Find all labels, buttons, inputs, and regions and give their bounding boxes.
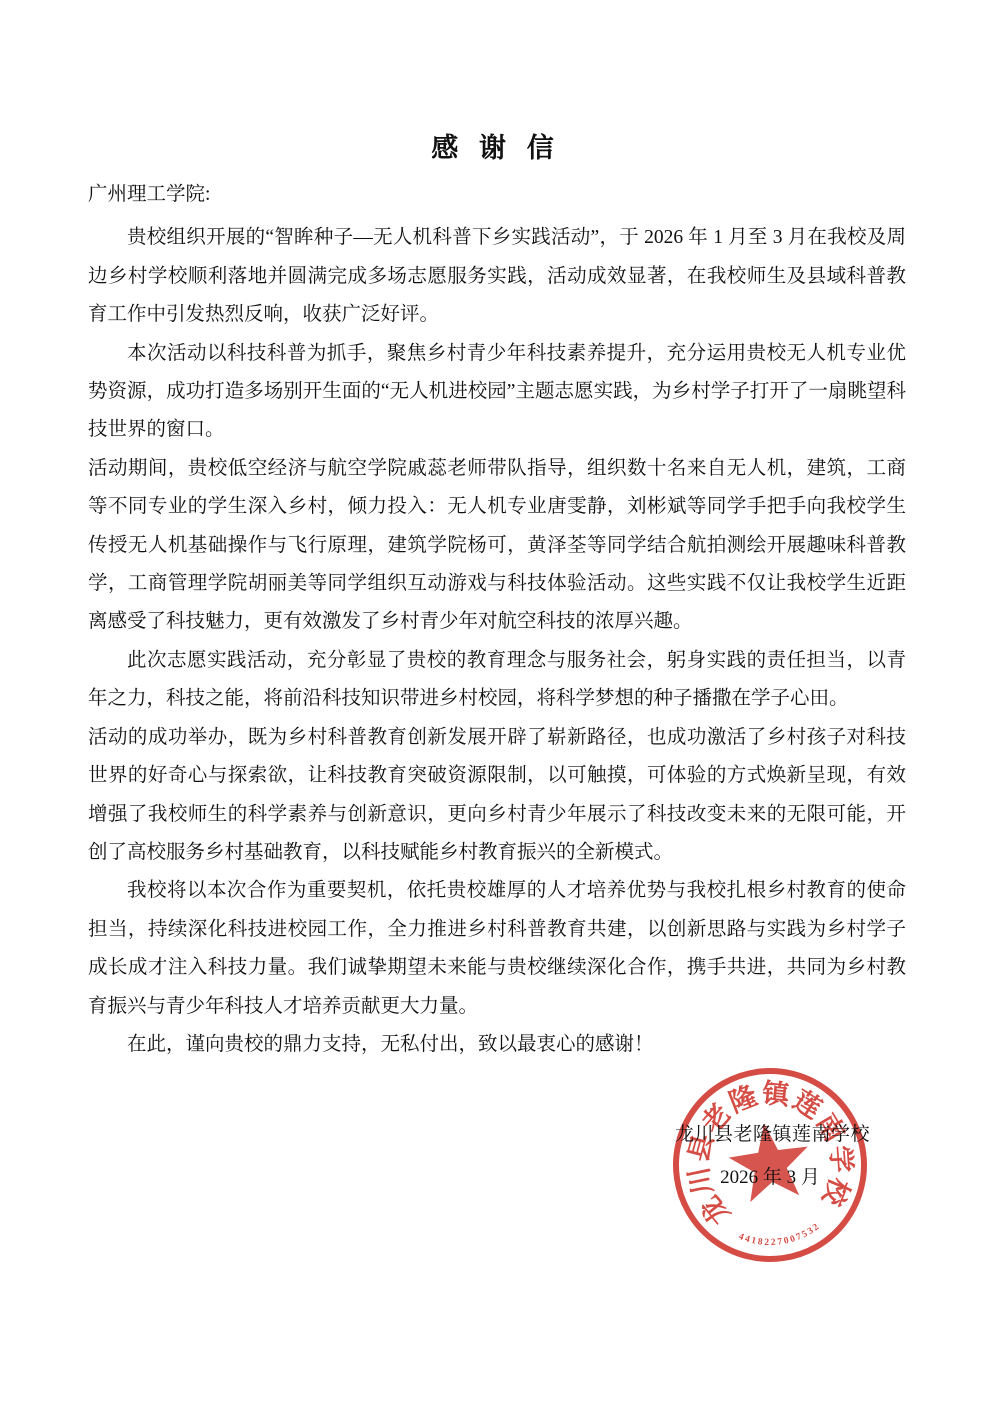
paragraph-3: 活动期间，贵校低空经济与航空学院戚蕊老师带队指导，组织数十名来自无人机，建筑，工… — [88, 450, 906, 642]
paragraph-4: 此次志愿实践活动，充分彰显了贵校的教育理念与服务社会，躬身实践的责任担当，以青年… — [88, 642, 906, 719]
paragraph-5: 活动的成功举办，既为乡村科普教育创新发展开辟了崭新路径，也成功激活了乡村孩子对科… — [88, 719, 906, 873]
signature-date: 2026 年 3 月 — [675, 1162, 865, 1189]
paragraph-1: 贵校组织开展的“智眸种子—无人机科普下乡实践活动”，于 2026 年 1 月至 … — [88, 219, 906, 334]
paragraph-7: 在此，谨向贵校的鼎力支持，无私付出，致以最衷心的感谢！ — [88, 1026, 906, 1064]
salutation: 广州理工学院: — [88, 176, 906, 214]
letter-content: 广州理工学院: 贵校组织开展的“智眸种子—无人机科普下乡实践活动”，于 2026… — [88, 176, 906, 1064]
document-title: 感 谢 信 — [0, 126, 992, 165]
seal-serial-number: 4418227007532 — [736, 1221, 825, 1254]
letter-body: 贵校组织开展的“智眸种子—无人机科普下乡实践活动”，于 2026 年 1 月至 … — [88, 219, 906, 1064]
paragraph-2: 本次活动以科技科普为抓手，聚焦乡村青少年科技素养提升，充分运用贵校无人机专业优势… — [88, 335, 906, 450]
paragraph-6: 我校将以本次合作为重要契机，依托贵校雄厚的人才培养优势与我校扎根乡村教育的使命担… — [88, 872, 906, 1026]
seal-ring-text: 龙川县老隆镇莲南学校 — [672, 1067, 864, 1233]
signature-school-name: 龙川县老隆镇莲南学校 — [675, 1119, 870, 1146]
letter-page: 感 谢 信 广州理工学院: 贵校组织开展的“智眸种子—无人机科普下乡实践活动”，… — [0, 0, 992, 1403]
